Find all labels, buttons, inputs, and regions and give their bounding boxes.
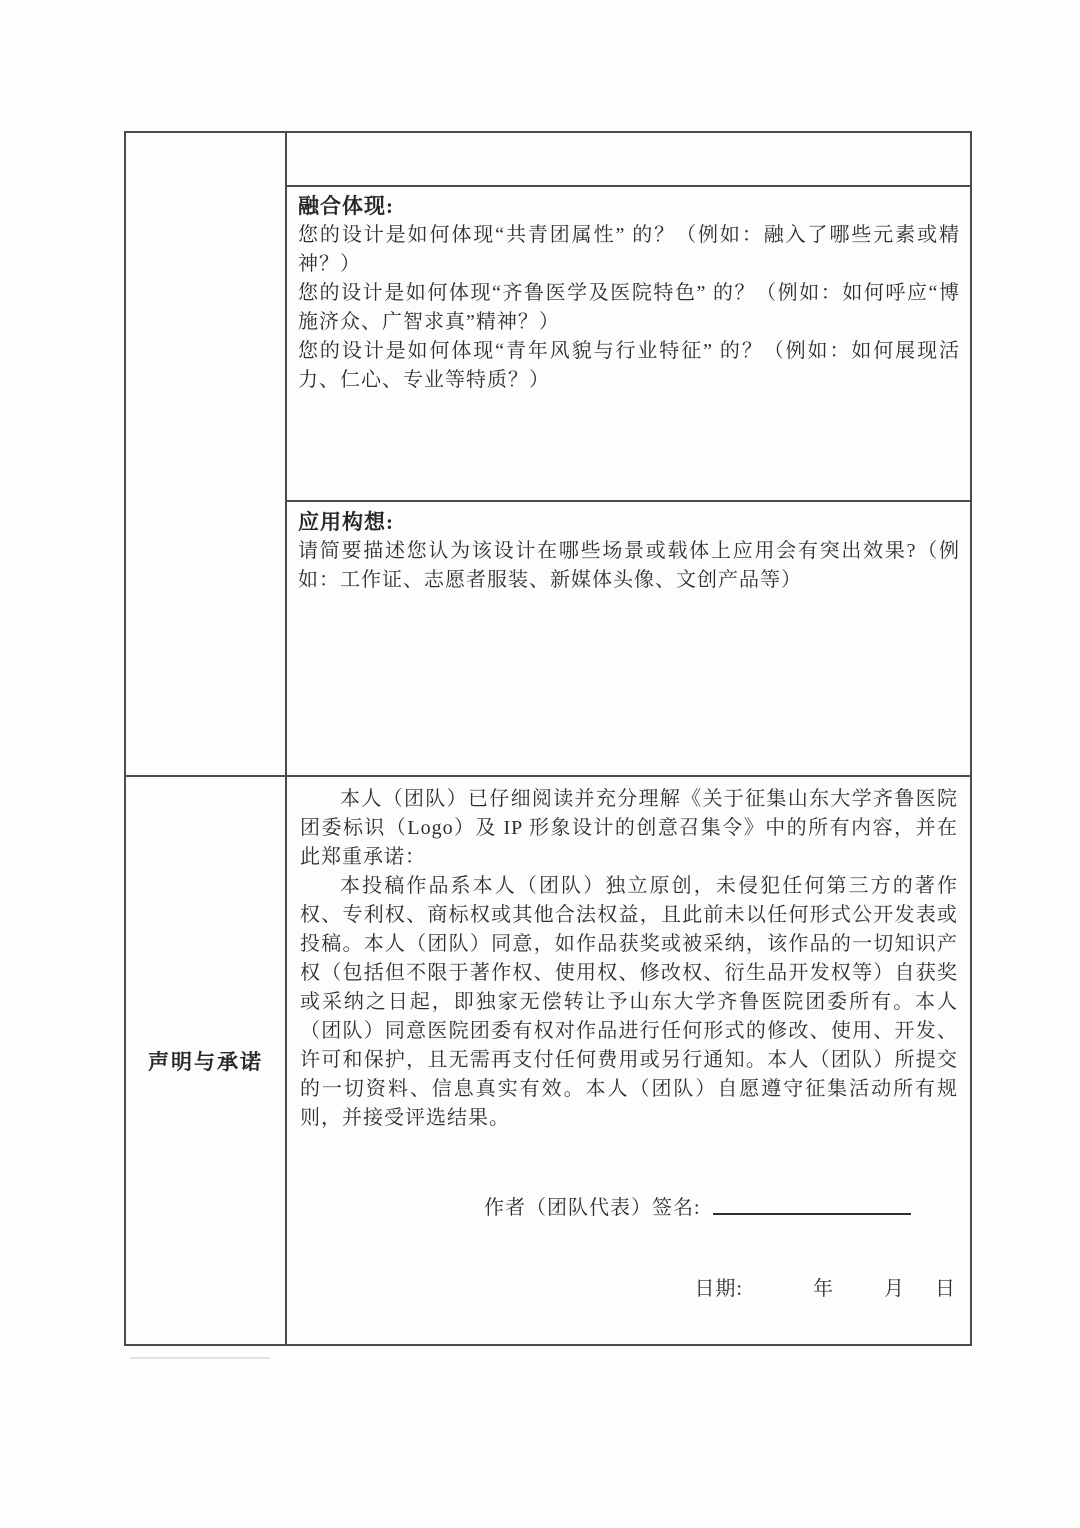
left-empty-cell (126, 133, 285, 777)
signature-row: 作者（团队代表）签名: (484, 1191, 958, 1220)
declaration-label-cell: 声明与承诺 (126, 777, 285, 1344)
signature-label: 作者（团队代表）签名: (484, 1191, 701, 1220)
declaration-cell: 本人（团队）已仔细阅读并充分理解《关于征集山东大学齐鲁医院团委标识（Logo）及… (287, 777, 970, 1344)
integration-question-3: 您的设计是如何体现“青年风貌与行业特征” 的？（例如：如何展现活力、仁心、专业等… (298, 337, 960, 395)
scanned-form-page: 声明与承诺 融合体现: 您的设计是如何体现“共青团属性” 的？（例如：融入了哪些… (0, 0, 1080, 1528)
signature-blank-line (713, 1213, 911, 1215)
integration-question-2: 您的设计是如何体现“齐鲁医学及医院特色” 的？（例如：如何呼应“博施济众、广智求… (298, 279, 960, 337)
integration-cell: 融合体现: 您的设计是如何体现“共青团属性” 的？（例如：融入了哪些元素或精神？… (287, 187, 970, 502)
empty-top-cell (287, 133, 970, 187)
application-heading: 应用构想: (298, 508, 960, 537)
declaration-paragraph-1: 本人（团队）已仔细阅读并充分理解《关于征集山东大学齐鲁医院团委标识（Logo）及… (300, 785, 958, 872)
declaration-row-label: 声明与承诺 (148, 1046, 263, 1076)
integration-question-1: 您的设计是如何体现“共青团属性” 的？（例如：融入了哪些元素或精神？） (298, 221, 960, 279)
submission-form-table: 声明与承诺 融合体现: 您的设计是如何体现“共青团属性” 的？（例如：融入了哪些… (124, 131, 972, 1346)
table-right-column: 融合体现: 您的设计是如何体现“共青团属性” 的？（例如：融入了哪些元素或精神？… (287, 133, 970, 1344)
application-cell: 应用构想: 请简要描述您认为该设计在哪些场景或载体上应用会有突出效果?（例如：工… (287, 502, 970, 777)
date-label: 日期: (694, 1278, 743, 1300)
date-day-label: 日 (935, 1278, 956, 1300)
integration-heading: 融合体现: (298, 192, 960, 221)
table-left-column: 声明与承诺 (126, 133, 287, 1344)
scan-artifact-line (130, 1357, 270, 1359)
date-month-label: 月 (884, 1278, 905, 1300)
application-description: 请简要描述您认为该设计在哪些场景或载体上应用会有突出效果?（例如：工作证、志愿者… (298, 537, 960, 595)
declaration-paragraph-2: 本投稿作品系本人（团队）独立原创，未侵犯任何第三方的著作权、专利权、商标权或其他… (300, 872, 958, 1133)
date-year-label: 年 (813, 1278, 834, 1300)
date-row: 日期:年月日 (300, 1272, 958, 1301)
